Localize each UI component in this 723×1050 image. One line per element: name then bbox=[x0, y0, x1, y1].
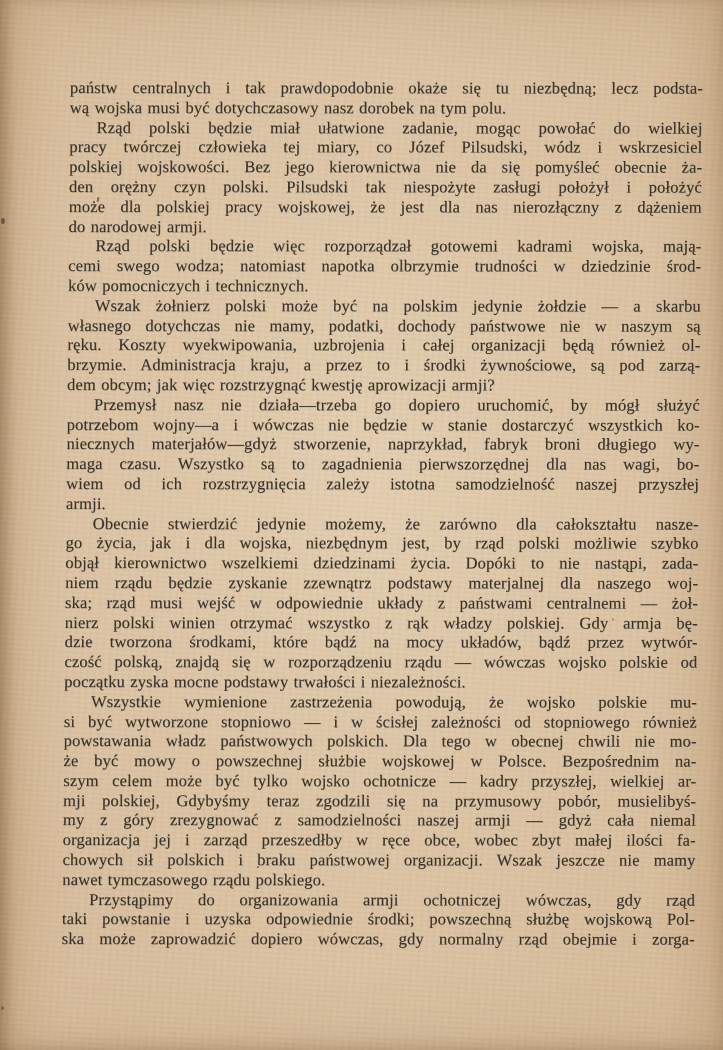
text-line: cemi swego wodza; natomiast napotka olbr… bbox=[68, 256, 701, 276]
text-line: dzie tworzona środkami, które bądź na mo… bbox=[64, 632, 697, 652]
text-line: armji. bbox=[66, 494, 699, 514]
text-line: niem rządu będzie zyskanie zzewnątrz pod… bbox=[65, 573, 698, 593]
text-line: Wszystkie wymienione zastrzeżenia powodu… bbox=[64, 692, 697, 712]
scan-speck bbox=[1, 218, 5, 224]
text-line: brzymie. Administracja kraju, a przez to… bbox=[67, 355, 700, 375]
text-line: si być wytworzone stopniowo — i w ścisłe… bbox=[64, 711, 697, 731]
text-line: Przystąpimy do organizowania armji ochot… bbox=[62, 890, 695, 910]
text-line: wą wojska musi być dotychczasowy nasz do… bbox=[70, 98, 703, 118]
text-line: Wszak żołnierz polski może być na polski… bbox=[68, 296, 701, 316]
text-line: nawet tymczasowego rządu polskiego. bbox=[62, 870, 695, 890]
text-line: Rząd polski będzie miał ułatwione zadani… bbox=[69, 118, 702, 138]
text-line: chowych sił polskich i braku państwowej … bbox=[62, 850, 695, 870]
text-line: że być mowy o powszechnej służbie wojsko… bbox=[63, 751, 696, 771]
text-line: polskiej wojskowości. Bez jego kierownic… bbox=[69, 157, 702, 177]
text-line: organizacja jej i zarząd przeszedłby w r… bbox=[63, 830, 696, 850]
text-line: nierz polski winien otrzymać wszystko z … bbox=[65, 613, 698, 633]
text-line: powstawania władz państwowych polskich. … bbox=[64, 731, 697, 751]
text-line: potrzebom wojny—a i wówczas nie będzie w… bbox=[67, 415, 700, 435]
text-line: ręku. Koszty wyekwipowania, uzbrojenia i… bbox=[67, 335, 700, 355]
scanned-page: państw centralnych i tak prawdopodobnie … bbox=[0, 0, 723, 1050]
text-line: objął kierownictwo wszelkiemi dziedzinam… bbox=[65, 553, 698, 573]
text-line: dem obcym; jak więc rozstrzygnąć kwestję… bbox=[67, 375, 700, 395]
text-line: taki powstanie i uzyska odpowiednie środ… bbox=[62, 909, 695, 929]
scan-speck bbox=[1, 1006, 4, 1010]
text-line: własnego dotychczas nie mamy, podatki, d… bbox=[68, 316, 701, 336]
text-line: szym celem może być tylko wojsko ochotni… bbox=[63, 771, 696, 791]
text-line: mji polskiej, Gdybyśmy teraz zgodzili si… bbox=[63, 791, 696, 811]
text-line: pracy twórczej człowieka tej miary, co J… bbox=[69, 137, 702, 157]
text-line: ska może zaprowadzić dopiero wówczas, gd… bbox=[62, 929, 695, 949]
text-line: niecznych materjałów—gdyż stworzenie, na… bbox=[66, 434, 699, 454]
text-line: czość polską, znajdą się w rozporządzeni… bbox=[64, 652, 697, 672]
text-line: Przemysł nasz nie działa—trzeba go dopie… bbox=[67, 395, 700, 415]
text-line: wiem od ich rozstrzygnięcia zależy istot… bbox=[66, 474, 699, 494]
text-line: maga czasu. Wszystko są to zagadnienia p… bbox=[66, 454, 699, 474]
text-line: do narodowej armji. bbox=[68, 217, 701, 237]
text-line: może dla polskiej pracy wojskowej, że je… bbox=[69, 197, 702, 217]
text-line: den orężny czyn polski. Pilsudski tak ni… bbox=[69, 177, 702, 197]
text-line: państw centralnych i tak prawdopodobnie … bbox=[70, 78, 703, 98]
text-line: Rząd polski będzie więc rozporządzał got… bbox=[68, 236, 701, 256]
text-line: początku zyska mocne podstawy trwałości … bbox=[64, 672, 697, 692]
text-line: Obecnie stwierdzić jedynie możemy, że za… bbox=[66, 514, 699, 534]
text-line: go życia, jak i dla wojska, niezbędnym j… bbox=[65, 533, 698, 553]
text-line: my z góry zrezygnować z samodzielności n… bbox=[63, 810, 696, 830]
text-line: ków pomocniczych i technicznych. bbox=[68, 276, 701, 296]
text-line: ska; rząd musi wejść w odpowiednie układ… bbox=[65, 593, 698, 613]
body-text: państw centralnych i tak prawdopodobnie … bbox=[62, 78, 703, 950]
